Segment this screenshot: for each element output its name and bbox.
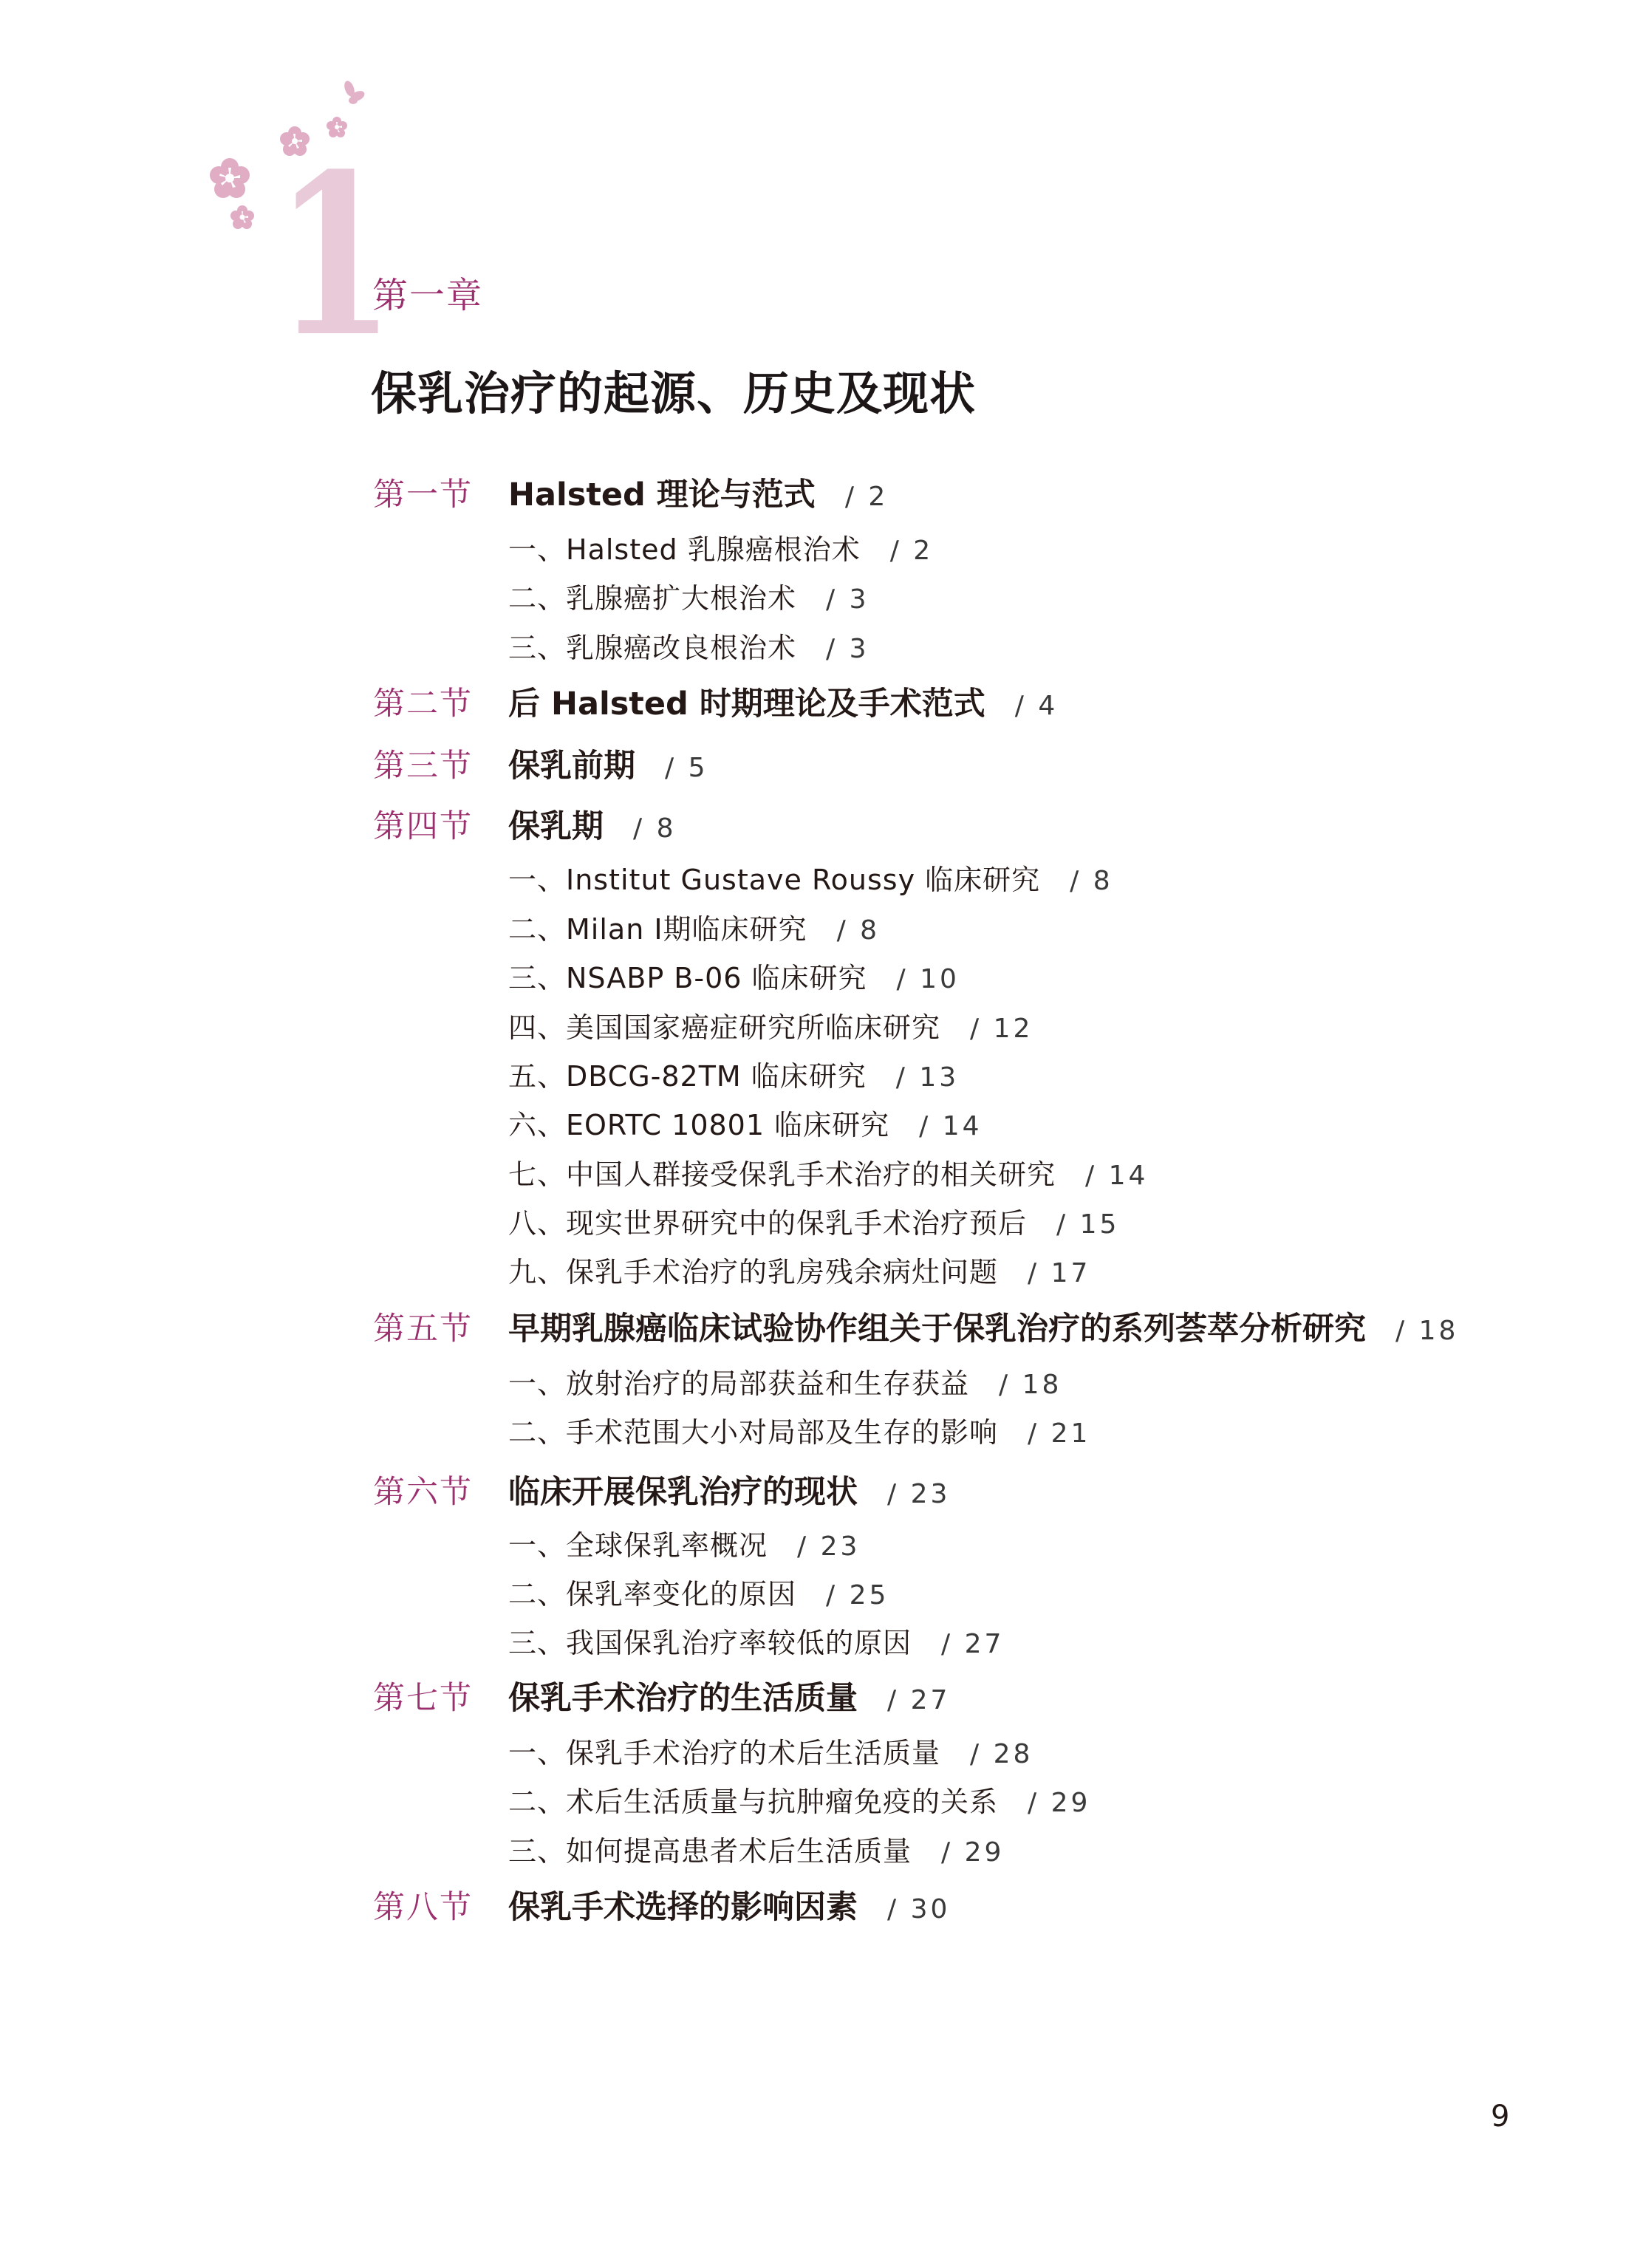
section-label: 第六节	[373, 1470, 473, 1514]
section-label: 第七节	[373, 1676, 473, 1721]
item-title: 二、保乳率变化的原因/ 25	[508, 1572, 889, 1618]
section-title: Halsted 理论与范式/ 2	[508, 473, 888, 519]
page-ref: / 18	[999, 1363, 1062, 1407]
item-title: 二、术后生活质量与抗肿瘤免疫的关系/ 29	[508, 1780, 1090, 1825]
item-title: 二、手术范围大小对局部及生存的影响/ 21	[508, 1410, 1090, 1456]
chapter-numeral: 1	[275, 145, 393, 366]
page-ref: / 21	[1028, 1412, 1090, 1456]
item-title: 五、DBCG-82TM 临床研究/ 13	[508, 1054, 959, 1100]
item-title: 三、乳腺癌改良根治术/ 3	[508, 626, 869, 672]
section-label: 第五节	[373, 1307, 473, 1351]
section-label: 第四节	[373, 805, 473, 849]
section-title: 后 Halsted 时期理论及手术范式/ 4	[508, 682, 1058, 728]
item-title: 四、美国国家癌症研究所临床研究/ 12	[508, 1005, 1033, 1051]
page-ref: / 14	[1085, 1154, 1148, 1198]
page-ref: / 14	[919, 1104, 982, 1149]
section-label: 第八节	[373, 1885, 473, 1930]
item-title: 一、放射治疗的局部获益和生存获益/ 18	[508, 1362, 1062, 1407]
section-title: 早期乳腺癌临床试验协作组关于保乳治疗的系列荟萃分析研究/ 18	[508, 1307, 1458, 1353]
page-ref: / 5	[665, 746, 708, 790]
page-ref: / 12	[970, 1007, 1033, 1051]
page-number: 9	[1491, 2098, 1509, 2135]
section-title: 临床开展保乳治疗的现状/ 23	[508, 1470, 950, 1517]
item-title: 三、NSABP B-06 临床研究/ 10	[508, 956, 960, 1002]
section-label: 第一节	[373, 473, 473, 517]
page-ref: / 28	[970, 1732, 1033, 1777]
page-ref: / 23	[797, 1525, 860, 1569]
item-title: 一、Institut Gustave Roussy 临床研究/ 8	[508, 858, 1113, 904]
page-ref: / 2	[890, 529, 933, 573]
flower-icon	[229, 205, 256, 230]
item-title: 七、中国人群接受保乳手术治疗的相关研究/ 14	[508, 1152, 1148, 1198]
item-title: 一、保乳手术治疗的术后生活质量/ 28	[508, 1731, 1033, 1777]
page-ref: / 15	[1056, 1203, 1119, 1247]
page-ref: / 8	[837, 909, 880, 953]
section-title: 保乳手术治疗的生活质量/ 27	[508, 1676, 950, 1723]
section-label: 第三节	[373, 744, 473, 788]
page-ref: / 3	[826, 578, 869, 622]
item-title: 二、Milan Ⅰ期临床研究/ 8	[508, 907, 880, 953]
item-title: 九、保乳手术治疗的乳房残余病灶问题/ 17	[508, 1250, 1090, 1296]
page-ref: / 23	[887, 1472, 950, 1517]
page-ref: / 3	[826, 627, 869, 672]
page-ref: / 29	[941, 1831, 1004, 1875]
page-ref: / 29	[1028, 1781, 1090, 1825]
page-ref: / 27	[887, 1678, 950, 1723]
page-ref: / 17	[1028, 1251, 1090, 1296]
item-title: 三、我国保乳治疗率较低的原因/ 27	[508, 1621, 1004, 1667]
chapter-label: 第一章	[372, 272, 483, 319]
page-ref: / 18	[1395, 1309, 1458, 1353]
chapter-title: 保乳治疗的起源、历史及现状	[371, 365, 976, 423]
page-ref: / 2	[845, 475, 888, 519]
page-ref: / 25	[826, 1574, 889, 1618]
item-title: 一、全球保乳率概况/ 23	[508, 1523, 860, 1569]
page-ref: / 4	[1015, 684, 1058, 728]
item-title: 二、乳腺癌扩大根治术/ 3	[508, 576, 869, 622]
page-ref: / 13	[896, 1056, 959, 1100]
item-title: 六、EORTC 10801 临床研究/ 14	[508, 1103, 983, 1149]
page-ref: / 27	[941, 1622, 1004, 1667]
page-ref: / 30	[887, 1888, 950, 1932]
section-label: 第二节	[373, 682, 473, 726]
page-ref: / 8	[1070, 859, 1113, 904]
flower-icon	[208, 157, 251, 199]
page-ref: / 8	[633, 807, 676, 851]
section-title: 保乳期/ 8	[508, 805, 676, 851]
section-title: 保乳手术选择的影响因素/ 30	[508, 1885, 950, 1932]
item-title: 三、如何提高患者术后生活质量/ 29	[508, 1829, 1004, 1875]
section-title: 保乳前期/ 5	[508, 744, 708, 790]
butterfly-icon	[341, 80, 366, 108]
item-title: 一、Halsted 乳腺癌根治术/ 2	[508, 527, 933, 573]
page-ref: / 10	[897, 957, 960, 1002]
item-title: 八、现实世界研究中的保乳手术治疗预后/ 15	[508, 1201, 1119, 1247]
